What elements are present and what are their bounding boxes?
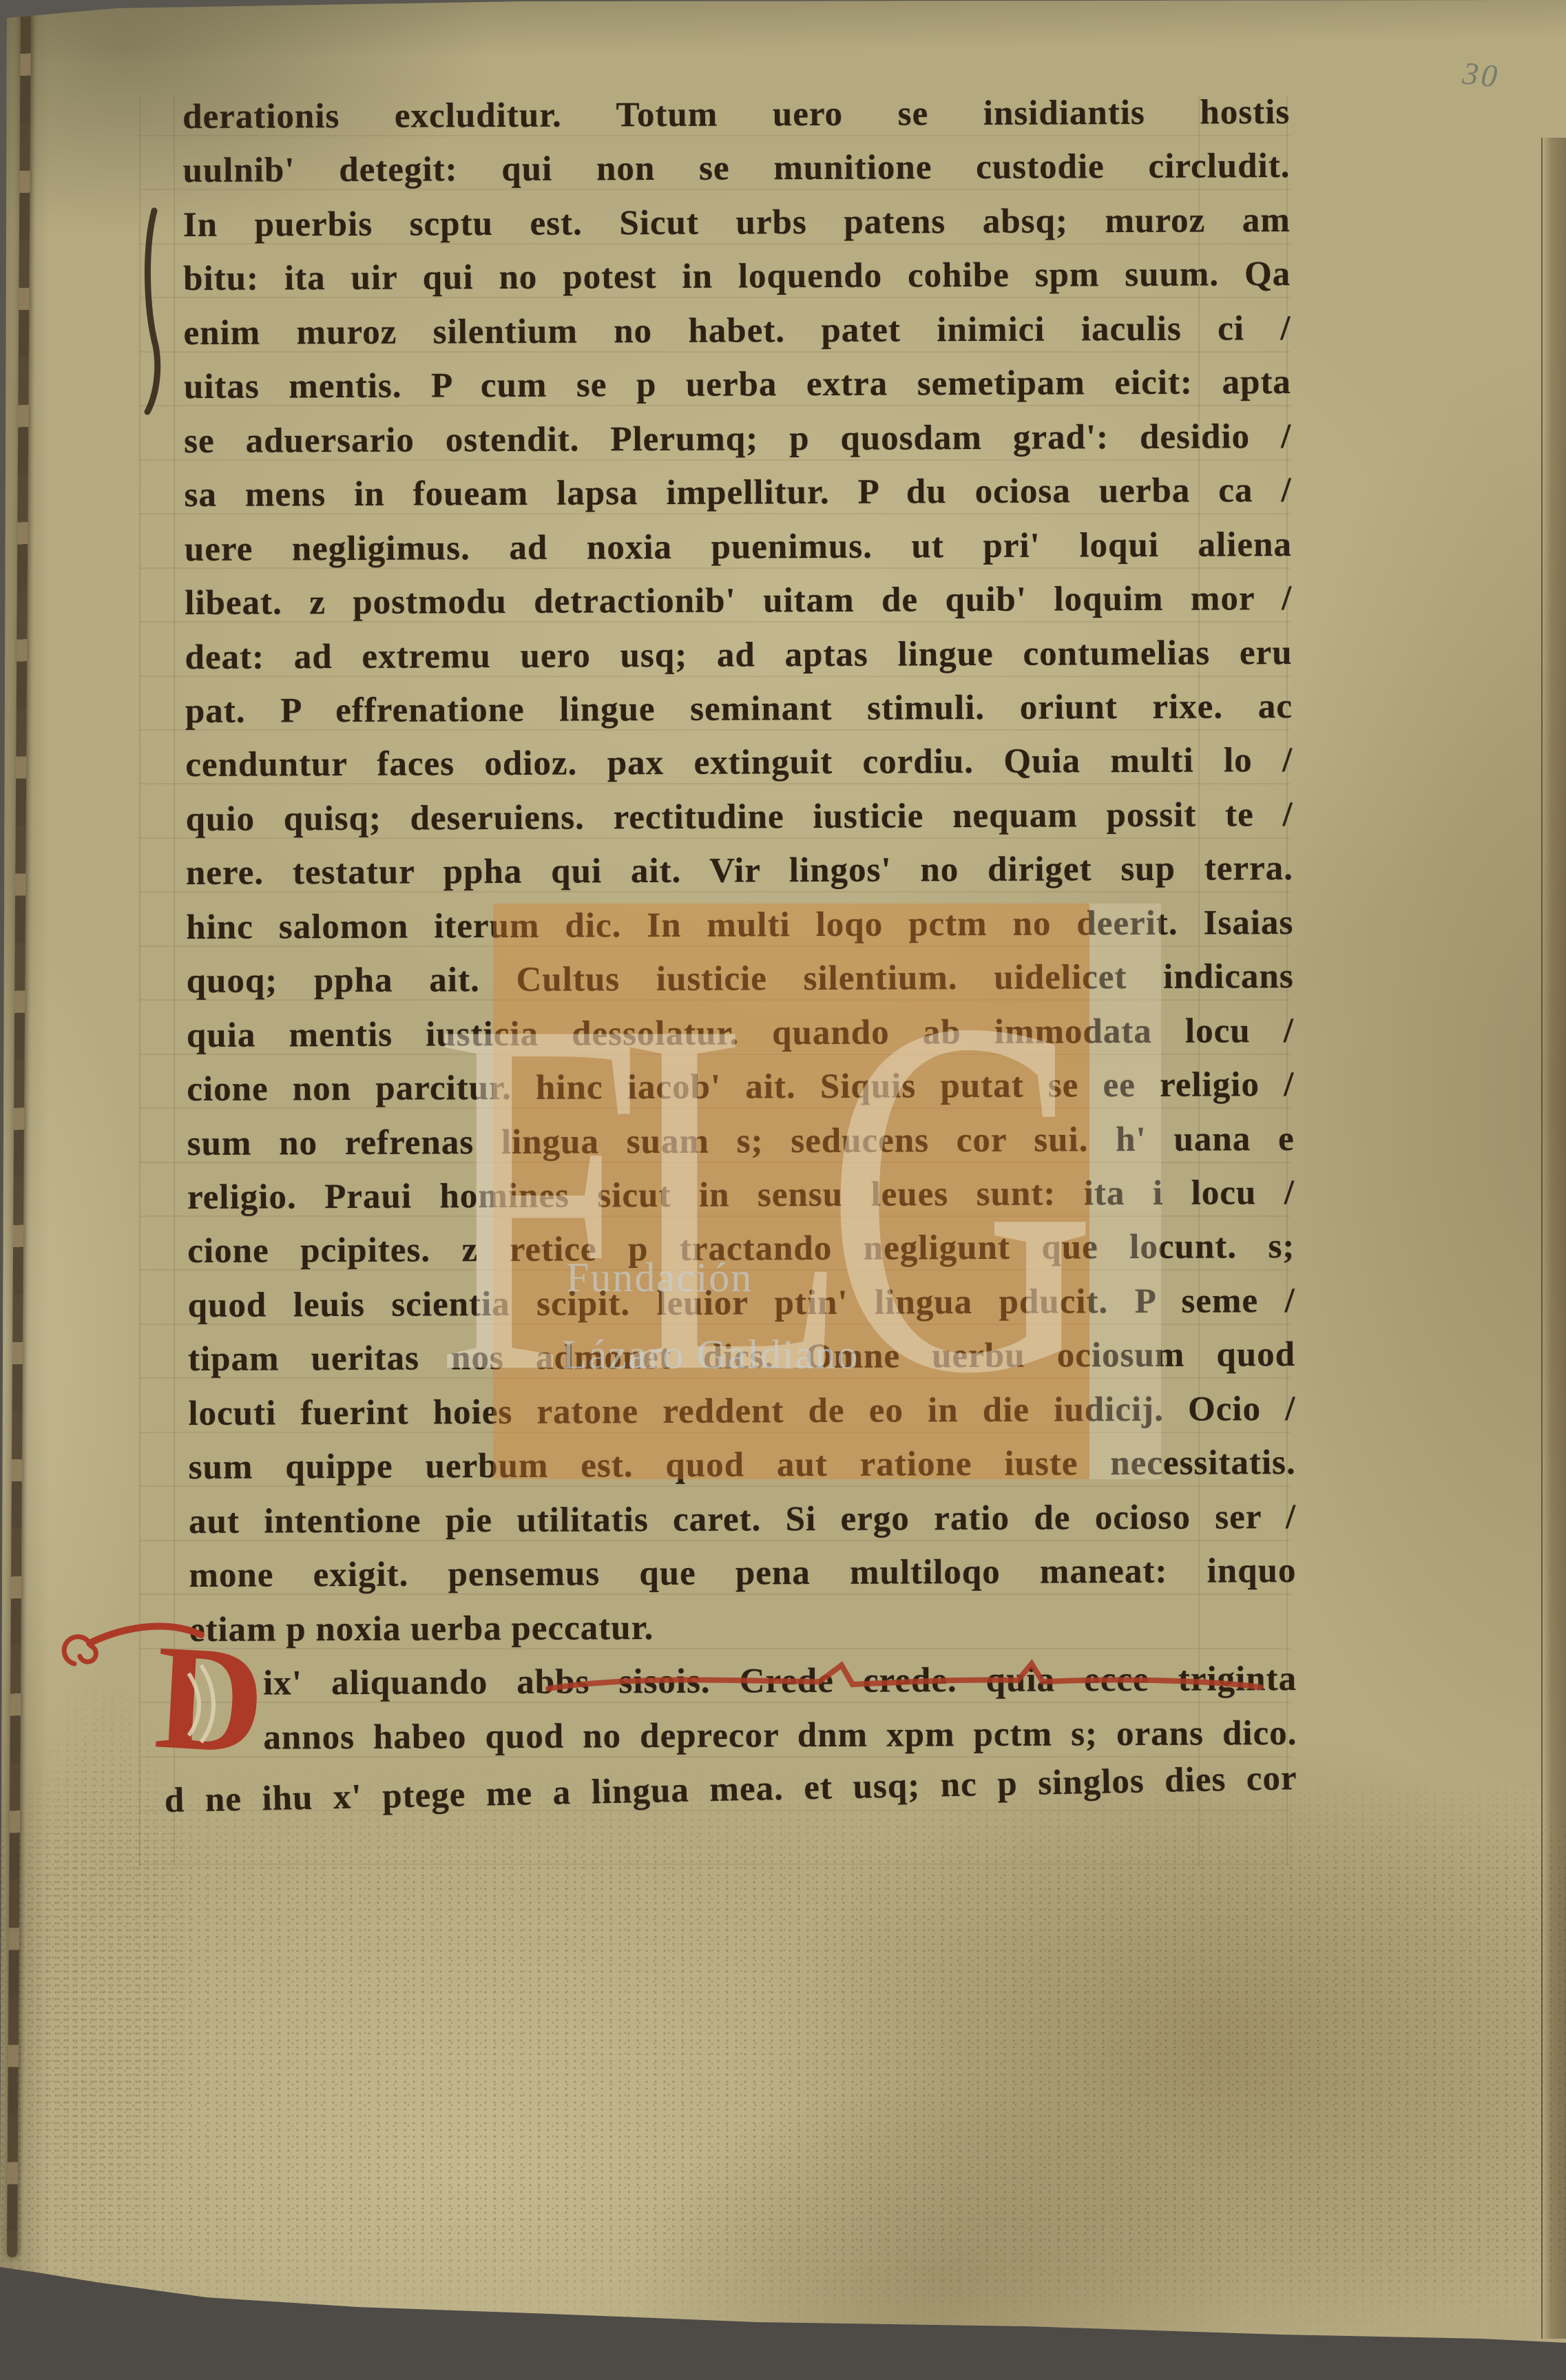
manuscript-text-line: cenduntur faces odioz. pax extinguit cor… [185,733,1293,792]
manuscript-text-line: derationis excluditur. Totum uero se ins… [182,85,1290,144]
margin-rule-left-inner [174,96,175,1866]
manuscript-text-line: uere negligimus. ad noxia puenimus. ut p… [185,518,1292,576]
manuscript-text-line: etiam p noxia uerba peccatur. [189,1598,1297,1657]
manuscript-text-line: pat. P effrenatione lingue seminant stim… [185,680,1293,738]
manuscript-text-line: mone exigit. pensemus que pena multiloqo… [189,1544,1296,1603]
manuscript-text-line: quio quisq; deseruiens. rectitudine iust… [185,788,1293,846]
page-fore-edge [1541,138,1566,2339]
manuscript-text-line: libeat. z postmodu detractionib' uitam d… [185,572,1292,630]
watermark-text-lazaro-galdiano: Lázaro Galdiano [562,1332,859,1377]
manuscript-text-line: uulnib' detegit: qui non se munitione cu… [182,139,1290,198]
manuscript-text-line: se aduersario ostendit. Plerumq; p quosd… [184,410,1291,468]
drop-cap-initial-d: D [54,1616,271,1774]
manuscript-text-line: deat: ad extremu uero usq; ad aptas ling… [185,625,1292,684]
initial-j-descender [138,207,168,420]
manuscript-text-line: aut intentione pie utilitatis caret. Si … [189,1490,1296,1549]
manuscript-text-line: nere. testatur ppha qui ait. Vir lingos'… [186,842,1293,900]
drop-cap-letter: D [152,1616,269,1774]
watermark-light-strip [1089,904,1161,1479]
manuscript-text-line: bitu: ita uir qui no potest in loquendo … [183,247,1291,306]
parchment-page: derationis excluditur. Totum uero se ins… [0,0,1566,2380]
manuscript-text-line: uitas mentis. P cum se p uerba extra sem… [184,355,1291,414]
manuscript-text-line: sa mens in foueam lapsa impellitur. P du… [184,463,1291,522]
watermark-text-fundacion: Fundación [566,1255,753,1300]
manuscript-text-line: enim muroz silentium no habet. patet ini… [183,302,1291,360]
folio-number: 30 [1461,54,1501,94]
manuscript-text-line: In puerbis scptu est. Sicut urbs patens … [183,194,1291,252]
scanned-page-canvas: derationis excluditur. Totum uero se ins… [0,0,1566,2380]
red-line-filler-flourish [544,1658,1267,1706]
